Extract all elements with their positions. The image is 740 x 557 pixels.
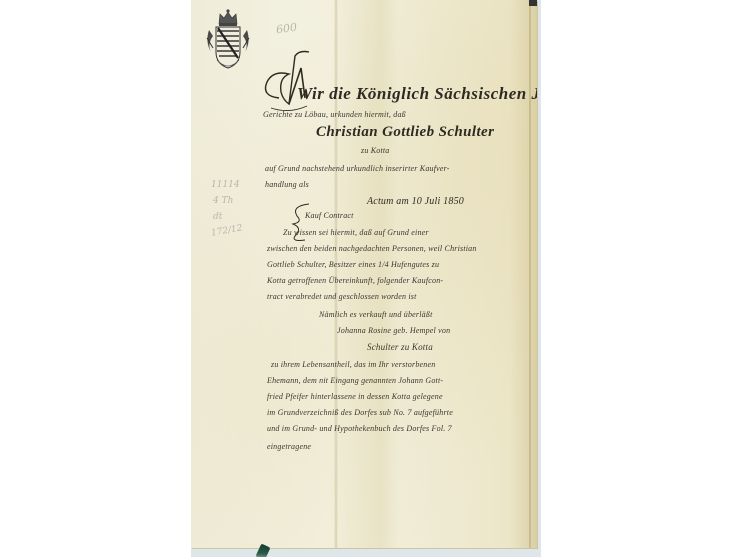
body-line-11: fried Pfeifer hinterlassene in dessen Ko…	[267, 392, 443, 401]
body-line-9: zu ihrem Lebensantheil, das im Ihr verst…	[271, 360, 435, 369]
body-line-1: Zu wissen sei hiermit, daß auf Grund ein…	[283, 228, 429, 237]
body-line-4: Kotta getroffenen Übereinkunft, folgende…	[267, 276, 443, 285]
body-line-5: tract verabredet und geschlossen worden …	[267, 292, 417, 301]
body-line-2: zwischen den beiden nachgedachten Person…	[267, 244, 477, 253]
page-edge	[529, 0, 531, 548]
pencil-note-margin-1: 11114	[211, 180, 240, 190]
place-line: zu Kotta	[361, 146, 390, 155]
corner-clip	[529, 0, 537, 6]
person-name: Christian Gottlieb Schulter	[316, 124, 494, 141]
pencil-note-margin-2: 4 Th	[213, 196, 233, 206]
pencil-note-margin-4: 172/12	[210, 223, 243, 238]
body-line-3: Gottlieb Schulter, Besitzer eines 1/4 Hu…	[267, 260, 439, 269]
body-line-8: Schulter zu Kotta	[367, 342, 433, 352]
pencil-note-margin-3: dt	[213, 212, 222, 222]
document-heading: Wir die Königlich Sächsischen Justizamts	[297, 84, 537, 104]
pencil-note-top: 600	[275, 21, 298, 37]
coat-of-arms-icon	[203, 8, 253, 74]
body-line-14: eingetragene	[267, 442, 311, 451]
body-line-6: Nämlich es verkauft und überläßt	[319, 310, 433, 319]
occupation-line-2: handlung als	[265, 180, 309, 189]
page-fold	[334, 0, 338, 548]
bracket-flourish-icon	[283, 200, 313, 244]
body-line-10: Ehemann, dem nit Eingang genannten Johan…	[267, 376, 443, 385]
document-date: Actum am 10 Juli 1850	[367, 196, 464, 207]
occupation-line-1: auf Grund nachstehend urkundlich inserir…	[265, 164, 450, 173]
body-line-7: Johanna Rosine geb. Hempel von	[337, 326, 450, 335]
body-line-13: und im Grund- und Hypothekenbuch des Dor…	[267, 424, 452, 433]
initial-flourish-icon	[259, 48, 319, 118]
document-page: 600 11114 4 Th dt 172/12 Wir die Königli…	[191, 0, 537, 548]
line-gericht: Gerichte zu Löbau, urkunden hiermit, daß	[263, 110, 406, 119]
contract-label: Kauf Contract	[305, 211, 354, 220]
body-line-12: im Grundverzeichniß des Dorfes sub No. 7…	[267, 408, 453, 417]
